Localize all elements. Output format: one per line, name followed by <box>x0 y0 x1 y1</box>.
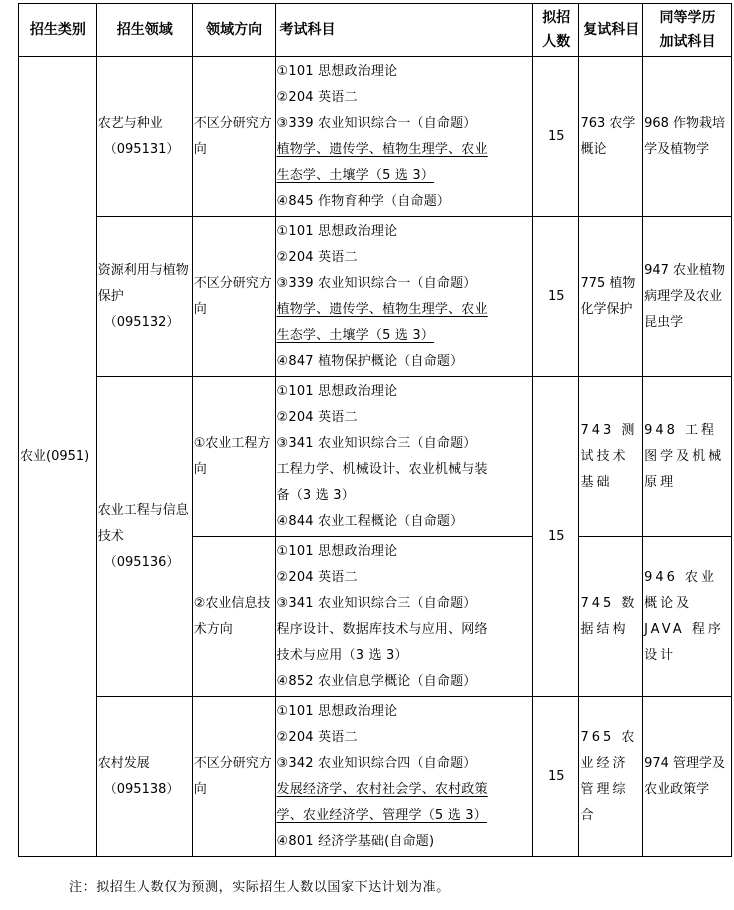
exam-subjects-cell: ①101 思想政治理论 ②204 英语二 ③339 农业知识综合一（自命题） 植… <box>275 217 533 377</box>
header-additional-subjects: 同等学历加试科目 <box>643 4 732 57</box>
additional-cell: 974 管理学及农业政策学 <box>643 697 732 857</box>
retest-cell: 765 农业经济管理综合 <box>579 697 643 857</box>
retest-cell: 763 农学概论 <box>579 57 643 217</box>
field-name: 农业工程与信息技术 <box>98 503 189 544</box>
header-category: 招生类别 <box>19 4 97 57</box>
additional-cell: 946 农业概论及 JAVA 程序设计 <box>643 537 732 697</box>
exam-line: ②204 英语二 <box>277 725 533 751</box>
additional-cell: 947 农业植物病理学及农业昆虫学 <box>643 217 732 377</box>
direction-cell: ①农业工程方向 <box>192 377 275 537</box>
header-direction: 领域方向 <box>192 4 275 57</box>
field-name: 资源利用与植物保护 <box>98 263 189 304</box>
header-planned-line2: 人数 <box>542 34 570 50</box>
enrollment-cell: 15 <box>533 217 579 377</box>
exam-options-line: 学、农业经济学、管理学（5 选 3） <box>277 803 533 829</box>
exam-subjects-cell: ①101 思想政治理论 ②204 英语二 ③342 农业知识综合四（自命题） 发… <box>275 697 533 857</box>
admission-table: 招生类别 招生领域 领域方向 考试科目 拟招人数 复试科目 同等学历加试科目 农… <box>18 3 732 857</box>
exam-line: ③339 农业知识综合一（自命题） <box>277 271 533 297</box>
exam-line: ①101 思想政治理论 <box>277 699 533 725</box>
field-cell: 资源利用与植物保护 （095132） <box>96 217 192 377</box>
enrollment-cell: 15 <box>533 697 579 857</box>
field-cell: 农业工程与信息技术 （095136） <box>96 377 192 697</box>
additional-cell: 948 工程图学及机械原理 <box>643 377 732 537</box>
retest-cell: 743 测试技术基础 <box>579 377 643 537</box>
exam-options-line: 植物学、遗传学、植物生理学、农业 <box>277 297 533 323</box>
field-name: 农村发展 <box>98 756 150 771</box>
header-exam-subjects: 考试科目 <box>275 4 533 57</box>
exam-line: ①101 思想政治理论 <box>277 379 533 405</box>
field-code: （095131） <box>98 137 192 163</box>
retest-cell: 775 植物化学保护 <box>579 217 643 377</box>
exam-options-line: 备（3 选 3） <box>277 483 533 509</box>
exam-options-line: 工程力学、机械设计、农业机械与装 <box>277 457 533 483</box>
direction-cell: 不区分研究方向 <box>192 57 275 217</box>
exam-line: ④847 植物保护概论（自命题） <box>277 349 533 375</box>
exam-line: ②204 英语二 <box>277 245 533 271</box>
exam-options-line: 生态学、土壤学（5 选 3） <box>277 323 533 349</box>
enrollment-cell: 15 <box>533 57 579 217</box>
direction-cell: 不区分研究方向 <box>192 217 275 377</box>
exam-options-line: 程序设计、数据库技术与应用、网络 <box>277 617 533 643</box>
exam-line: ③342 农业知识综合四（自命题） <box>277 751 533 777</box>
direction-cell: ②农业信息技术方向 <box>192 537 275 697</box>
exam-line: ③339 农业知识综合一（自命题） <box>277 111 533 137</box>
field-cell: 农村发展 （095138） <box>96 697 192 857</box>
field-cell: 农艺与种业 （095131） <box>96 57 192 217</box>
exam-line: ①101 思想政治理论 <box>277 219 533 245</box>
footnote: 注：拟招生人数仅为预测，实际招生人数以国家下达计划为准。 <box>69 876 450 895</box>
header-retest-subjects: 复试科目 <box>579 4 643 57</box>
category-cell: 农业(0951) <box>19 57 97 857</box>
exam-options-line: 生态学、土壤学（5 选 3） <box>277 163 533 189</box>
table-row: 资源利用与植物保护 （095132） 不区分研究方向 ①101 思想政治理论 ②… <box>19 217 732 377</box>
exam-line: ③341 农业知识综合三（自命题） <box>277 431 533 457</box>
exam-line: ②204 英语二 <box>277 85 533 111</box>
exam-subjects-cell: ①101 思想政治理论 ②204 英语二 ③339 农业知识综合一（自命题） 植… <box>275 57 533 217</box>
field-code: （095136） <box>98 550 192 576</box>
exam-line: ③341 农业知识综合三（自命题） <box>277 591 533 617</box>
exam-line: ②204 英语二 <box>277 565 533 591</box>
header-field: 招生领域 <box>96 4 192 57</box>
enrollment-cell: 15 <box>533 377 579 697</box>
exam-options-line: 技术与应用（3 选 3） <box>277 643 533 669</box>
field-name: 农艺与种业 <box>98 116 163 131</box>
exam-line: ④801 经济学基础(自命题) <box>277 829 533 855</box>
table-row: 农业(0951) 农艺与种业 （095131） 不区分研究方向 ①101 思想政… <box>19 57 732 217</box>
exam-line: ①101 思想政治理论 <box>277 59 533 85</box>
table-row: 农村发展 （095138） 不区分研究方向 ①101 思想政治理论 ②204 英… <box>19 697 732 857</box>
exam-subjects-cell: ①101 思想政治理论 ②204 英语二 ③341 农业知识综合三（自命题） 工… <box>275 377 533 537</box>
exam-line: ①101 思想政治理论 <box>277 539 533 565</box>
header-planned-enrollment: 拟招人数 <box>533 4 579 57</box>
retest-cell: 745 数据结构 <box>579 537 643 697</box>
direction-cell: 不区分研究方向 <box>192 697 275 857</box>
field-code: （095132） <box>98 310 192 336</box>
table-row: 农业工程与信息技术 （095136） ①农业工程方向 ①101 思想政治理论 ②… <box>19 377 732 537</box>
header-additional-line2: 加试科目 <box>660 34 716 50</box>
exam-options-line: 发展经济学、农村社会学、农村政策 <box>277 777 533 803</box>
additional-cell: 968 作物栽培学及植物学 <box>643 57 732 217</box>
exam-line: ②204 英语二 <box>277 405 533 431</box>
exam-line: ④845 作物育种学（自命题） <box>277 189 533 215</box>
exam-line: ④852 农业信息学概论（自命题） <box>277 669 533 695</box>
exam-line: ④844 农业工程概论（自命题） <box>277 509 533 535</box>
header-additional-line1: 同等学历 <box>660 10 716 26</box>
header-planned-line1: 拟招 <box>542 10 570 26</box>
exam-subjects-cell: ①101 思想政治理论 ②204 英语二 ③341 农业知识综合三（自命题） 程… <box>275 537 533 697</box>
header-row: 招生类别 招生领域 领域方向 考试科目 拟招人数 复试科目 同等学历加试科目 <box>19 4 732 57</box>
field-code: （095138） <box>98 777 192 803</box>
exam-options-line: 植物学、遗传学、植物生理学、农业 <box>277 137 533 163</box>
